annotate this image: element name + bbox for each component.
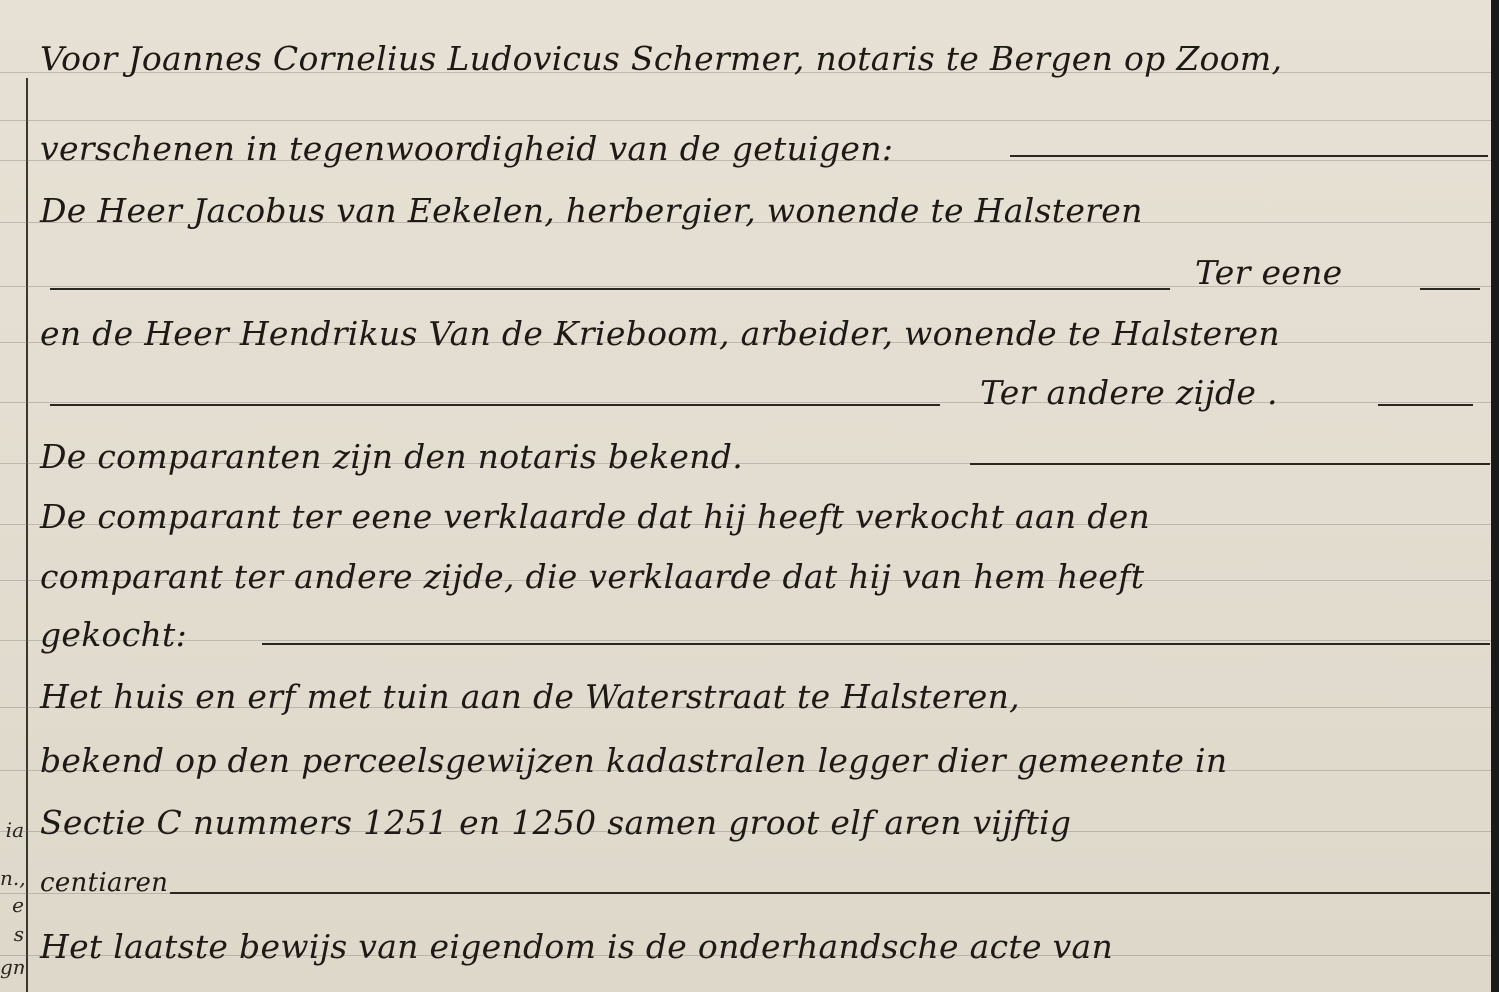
deed-line-text: en de Heer Hendrikus Van de Krieboom, ar… <box>40 317 1280 350</box>
deed-line-text: comparant ter andere zijde, die verklaar… <box>40 560 1144 593</box>
deed-line: Voor Joannes Cornelius Ludovicus Scherme… <box>40 42 1479 75</box>
deed-line: Ter andere zijde . <box>980 376 1278 409</box>
deed-line: De Heer Jacobus van Eekelen, herbergier,… <box>40 194 1479 227</box>
deed-line-text: centiaren <box>40 870 168 896</box>
margin-note: ia <box>0 818 24 842</box>
scan-edge <box>1491 0 1499 992</box>
margin-note: n., <box>0 866 24 890</box>
deed-line-text: Voor Joannes Cornelius Ludovicus Scherme… <box>40 42 1282 75</box>
deed-line-text: Ter eene <box>1195 256 1342 289</box>
deed-line: De comparanten zijn den notaris bekend. <box>40 440 1479 473</box>
margin-note: s <box>0 922 24 946</box>
line-filler-dash <box>50 404 940 406</box>
deed-line-text: Het laatste bewijs van eigendom is de on… <box>40 930 1113 963</box>
deed-line-text: gekocht: <box>40 618 187 651</box>
deed-line-text: Sectie C nummers 1251 en 1250 samen groo… <box>40 806 1071 839</box>
document-page: Voor Joannes Cornelius Ludovicus Scherme… <box>0 0 1499 992</box>
ruled-line <box>0 120 1491 121</box>
deed-line: Het laatste bewijs van eigendom is de on… <box>40 930 1479 963</box>
line-filler-dash <box>262 643 1490 645</box>
deed-line-text: De comparant ter eene verklaarde dat hij… <box>40 500 1150 533</box>
deed-line: Ter eene <box>1195 256 1342 289</box>
margin-note: gm <box>0 955 24 979</box>
deed-line: gekocht: <box>40 618 1479 651</box>
line-filler-dash <box>50 288 1170 290</box>
deed-line: verschenen in tegenwoordigheid van de ge… <box>40 132 1479 165</box>
line-filler-dash <box>1420 288 1480 290</box>
deed-line: en de Heer Hendrikus Van de Krieboom, ar… <box>40 317 1479 350</box>
margin-note: e <box>0 893 24 917</box>
line-filler-dash <box>1378 404 1473 406</box>
deed-line: Het huis en erf met tuin aan de Waterstr… <box>40 680 1479 713</box>
line-filler-dash <box>170 892 1490 894</box>
deed-line: bekend op den perceelsgewijzen kadastral… <box>40 744 1479 777</box>
deed-line-text: Ter andere zijde . <box>980 376 1278 409</box>
deed-line: Sectie C nummers 1251 en 1250 samen groo… <box>40 806 1479 839</box>
deed-line: comparant ter andere zijde, die verklaar… <box>40 560 1479 593</box>
deed-line-text: bekend op den perceelsgewijzen kadastral… <box>40 744 1227 777</box>
deed-line: De comparant ter eene verklaarde dat hij… <box>40 500 1479 533</box>
deed-line-text: verschenen in tegenwoordigheid van de ge… <box>40 132 893 165</box>
line-filler-dash <box>970 463 1490 465</box>
deed-line-text: Het huis en erf met tuin aan de Waterstr… <box>40 680 1020 713</box>
margin-line <box>26 78 28 992</box>
line-filler-dash <box>1010 155 1488 157</box>
deed-line-text: De comparanten zijn den notaris bekend. <box>40 440 743 473</box>
deed-line-text: De Heer Jacobus van Eekelen, herbergier,… <box>40 194 1143 227</box>
